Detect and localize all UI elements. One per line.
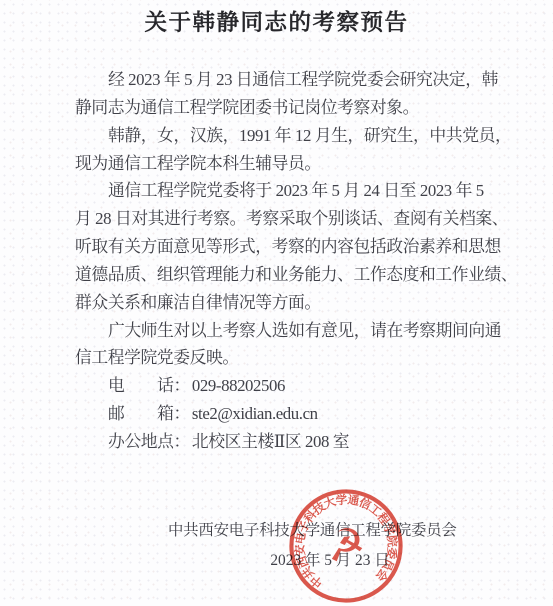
document-body: 经 2023 年 5 月 23 日通信工程学院党委会研究决定，韩 静同志为通信工… [75, 66, 487, 456]
body-line: 韩静，女，汉族，1991 年 12 月生，研究生，中共党员， [75, 122, 487, 150]
body-line: 广大师生对以上考察人选如有意见，请在考察期间向通 [75, 317, 487, 345]
email-address: ste2@xidian.edu.cn [190, 404, 318, 423]
document-page: 关于韩静同志的考察预告 经 2023 年 5 月 23 日通信工程学院党委会研究… [0, 0, 553, 606]
official-seal: 中共西安电子科技大学通信工程学院委员会 ☭ [279, 479, 412, 606]
phone-number: 029-88202506 [190, 376, 285, 395]
body-line: 群众关系和廉洁自律情况等方面。 [75, 289, 487, 317]
body-line: 月 28 日对其进行考察。考察采取个别谈话、查阅有关档案、 [75, 205, 487, 233]
contact-label: 邮 箱： [108, 404, 190, 423]
body-line: 经 2023 年 5 月 23 日通信工程学院党委会研究决定，韩 [75, 66, 487, 94]
contact-line-email: 邮 箱：ste2@xidian.edu.cn [75, 400, 487, 428]
contact-line-phone: 电 话：029-88202506 [75, 372, 487, 400]
contact-line-office: 办公地点：北校区主楼Ⅱ区 208 室 [75, 428, 487, 456]
office-location: 北校区主楼Ⅱ区 208 室 [190, 432, 349, 451]
hammer-and-sickle-icon: ☭ [323, 518, 368, 573]
body-line: 静同志为通信工程学院团委书记岗位考察对象。 [75, 94, 487, 122]
contact-label: 办公地点： [108, 432, 190, 451]
body-line: 现为通信工程学院本科生辅导员。 [75, 150, 487, 178]
body-line: 通信工程学院党委将于 2023 年 5 月 24 日至 2023 年 5 [75, 177, 487, 205]
body-line: 道德品质、组织管理能力和业务能力、工作态度和工作业绩、 [75, 261, 487, 289]
seal-graphic: 中共西安电子科技大学通信工程学院委员会 ☭ [279, 479, 412, 606]
body-line: 信工程学院党委反映。 [75, 344, 487, 372]
contact-label: 电 话： [108, 376, 190, 395]
document-title: 关于韩静同志的考察预告 [0, 5, 553, 37]
body-line: 听取有关方面意见等形式，考察的内容包括政治素养和思想 [75, 233, 487, 261]
